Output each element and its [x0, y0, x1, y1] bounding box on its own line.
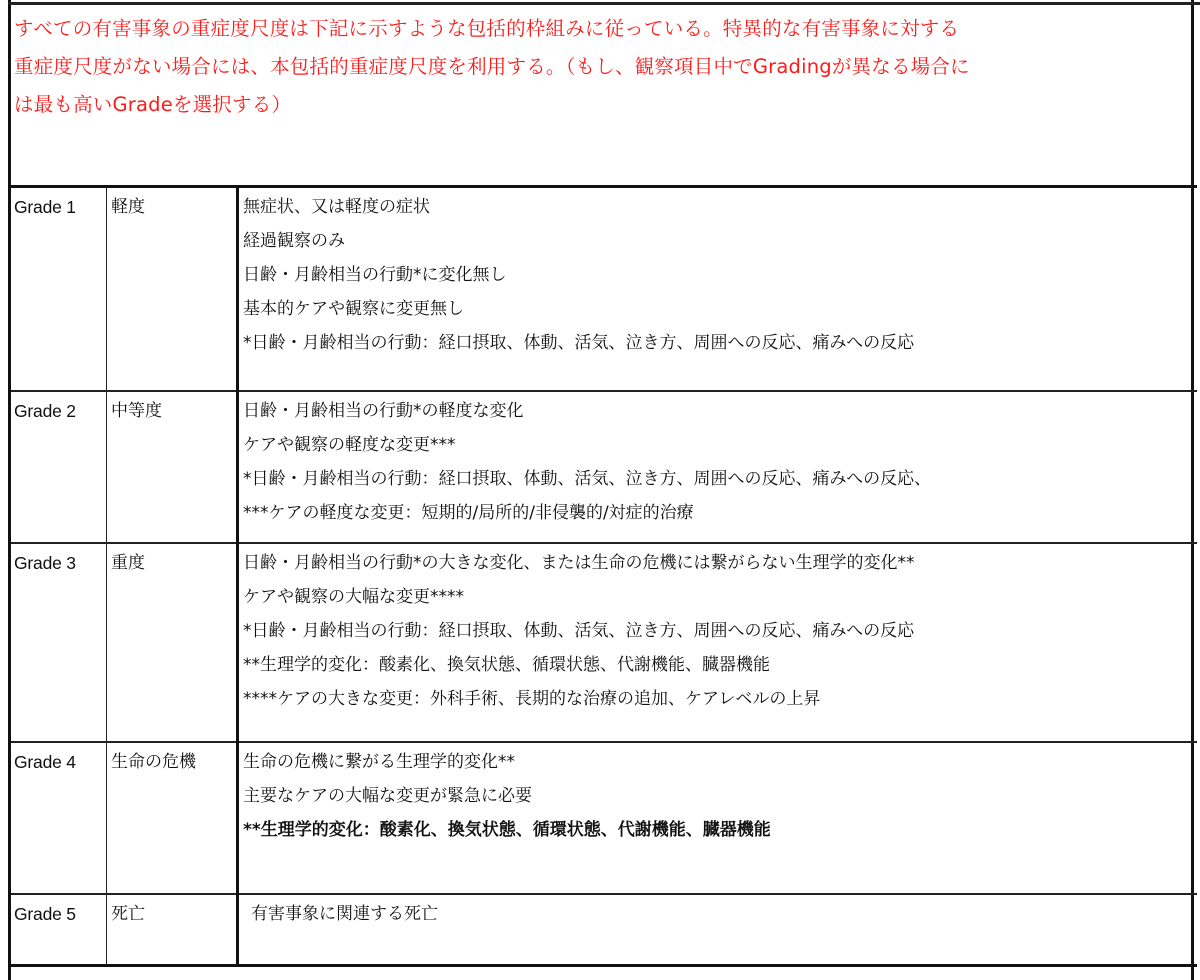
grade-cell: Grade 3: [11, 543, 107, 742]
grade-cell: Grade 1: [11, 187, 107, 391]
description-cell: 生命の危機に繋がる生理学的変化** 主要なケアの大幅な変更が緊急に必要 **生理…: [238, 742, 1198, 894]
footnote-line: *日齢・月齢相当の行動：経口摂取、体動、活気、泣き方、周囲への反応、痛みへの反応: [243, 614, 1197, 648]
description-cell: 日齢・月齢相当の行動*の軽度な変化 ケアや観察の軽度な変更*** *日齢・月齢相…: [238, 391, 1198, 543]
grade-label: Grade 2: [14, 392, 106, 428]
table-row-grade-2: Grade 2 中等度 日齢・月齢相当の行動*の軽度な変化 ケアや観察の軽度な変…: [11, 391, 1197, 543]
severity-cell: 死亡: [107, 894, 238, 966]
description-line: 無症状、又は軽度の症状: [243, 190, 1197, 224]
severity-label: 生命の危機: [111, 743, 236, 779]
severity-cell: 重度: [107, 543, 238, 742]
description-line: 日齢・月齢相当の行動*の大きな変化、または生命の危機には繋がらない生理学的変化*…: [243, 546, 1197, 580]
severity-label: 軽度: [111, 188, 236, 224]
table-row-grade-5: Grade 5 死亡 有害事象に関連する死亡: [11, 894, 1197, 966]
severity-label: 中等度: [111, 392, 236, 428]
grade-label: Grade 5: [14, 895, 106, 931]
grade-cell: Grade 5: [11, 894, 107, 966]
footnote-line: *日齢・月齢相当の行動：経口摂取、体動、活気、泣き方、周囲への反応、痛みへの反応…: [243, 462, 1197, 496]
grade-cell: Grade 4: [11, 742, 107, 894]
intro-line: 重症度尺度がない場合には、本包括的重症度尺度を利用する。（もし、観察項目中でGr…: [14, 48, 1184, 86]
description-line: ケアや観察の大幅な変更****: [243, 580, 1197, 614]
grade-label: Grade 1: [14, 188, 106, 224]
description-line: 主要なケアの大幅な変更が緊急に必要: [243, 779, 1197, 813]
description-cell: 無症状、又は軽度の症状 経過観察のみ 日齢・月齢相当の行動*に変化無し 基本的ケ…: [238, 187, 1198, 391]
description-line: 有害事象に関連する死亡: [243, 897, 1197, 931]
severity-cell: 軽度: [107, 187, 238, 391]
footnote-line: **生理学的変化：酸素化、換気状態、循環状態、代謝機能、臓器機能: [243, 648, 1197, 682]
grade-cell: Grade 2: [11, 391, 107, 543]
severity-label: 死亡: [111, 895, 236, 931]
intro-note: すべての有害事象の重症度尺度は下記に示すような包括的枠組みに従っている。特異的な…: [14, 10, 1184, 124]
description-cell: 有害事象に関連する死亡: [238, 894, 1198, 966]
severity-cell: 生命の危機: [107, 742, 238, 894]
grade-label: Grade 4: [14, 743, 106, 779]
footnote-line: ***ケアの軽度な変更：短期的/局所的/非侵襲的/対症的治療: [243, 496, 1197, 530]
intro-line: は最も高いGradeを選択する）: [14, 86, 1184, 124]
description-line: 日齢・月齢相当の行動*に変化無し: [243, 258, 1197, 292]
footnote-line: ****ケアの大きな変更：外科手術、長期的な治療の追加、ケアレベルの上昇: [243, 682, 1197, 716]
description-cell: 日齢・月齢相当の行動*の大きな変化、または生命の危機には繋がらない生理学的変化*…: [238, 543, 1198, 742]
description-line: 日齢・月齢相当の行動*の軽度な変化: [243, 394, 1197, 428]
severity-cell: 中等度: [107, 391, 238, 543]
description-line: 経過観察のみ: [243, 224, 1197, 258]
footnote-line: *日齢・月齢相当の行動：経口摂取、体動、活気、泣き方、周囲への反応、痛みへの反応: [243, 326, 1197, 360]
intro-line: すべての有害事象の重症度尺度は下記に示すような包括的枠組みに従っている。特異的な…: [14, 10, 1184, 48]
table-row-grade-3: Grade 3 重度 日齢・月齢相当の行動*の大きな変化、または生命の危機には繋…: [11, 543, 1197, 742]
top-rule: [8, 2, 1200, 5]
severity-grade-table: Grade 1 軽度 無症状、又は軽度の症状 経過観察のみ 日齢・月齢相当の行動…: [11, 185, 1197, 967]
grade-label: Grade 3: [14, 544, 106, 580]
description-line: 基本的ケアや観察に変更無し: [243, 292, 1197, 326]
severity-label: 重度: [111, 544, 236, 580]
description-line: ケアや観察の軽度な変更***: [243, 428, 1197, 462]
table-row-grade-1: Grade 1 軽度 無症状、又は軽度の症状 経過観察のみ 日齢・月齢相当の行動…: [11, 187, 1197, 391]
description-line: 生命の危機に繋がる生理学的変化**: [243, 745, 1197, 779]
footnote-line-bold: **生理学的変化：酸素化、換気状態、循環状態、代謝機能、臓器機能: [243, 813, 1197, 847]
table-row-grade-4: Grade 4 生命の危機 生命の危機に繋がる生理学的変化** 主要なケアの大幅…: [11, 742, 1197, 894]
